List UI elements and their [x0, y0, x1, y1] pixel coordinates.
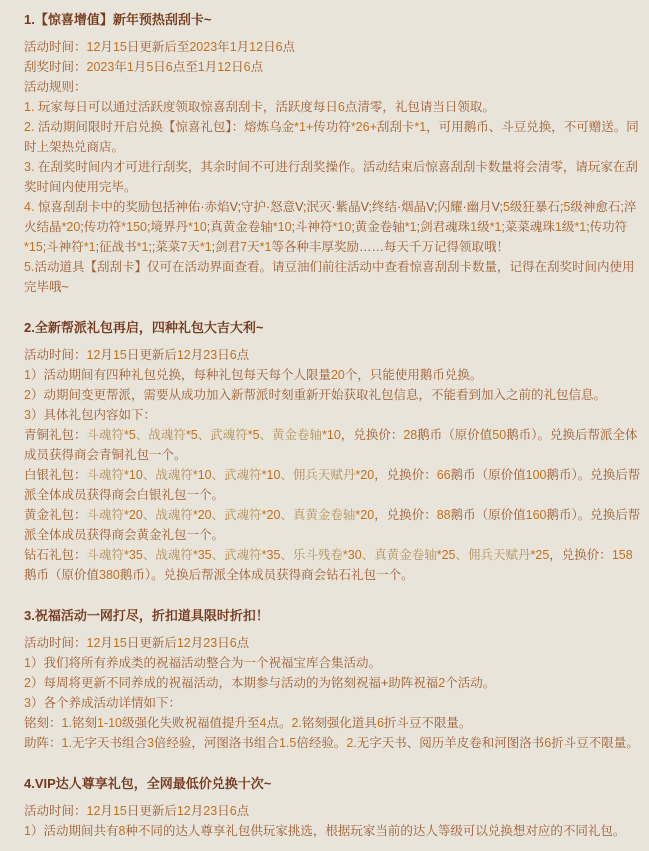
number-highlight: 6	[338, 100, 345, 114]
paragraph: 刮奖时间：2023年1月5日6点至1月12日6点	[24, 57, 643, 77]
number-highlight: *150	[121, 220, 147, 234]
body-text: 倍经验，河图洛书组合	[154, 736, 279, 750]
body-text: 活动规则：	[24, 80, 87, 94]
number-highlight: 12	[217, 60, 231, 74]
announcement-document: 1.【惊喜增值】新年预热刮刮卡~活动时间：12月15日更新后至2023年1月12…	[0, 0, 649, 851]
body-text: ;斗神符	[43, 240, 84, 254]
item-name-text: 、乐斗残卷	[280, 548, 343, 562]
body-text: ）活动期间共有	[31, 824, 119, 838]
body-text: 活动期间限时开启兑换【惊喜礼包】：熔炼乌金	[34, 120, 294, 134]
section-3: 3.祝福活动一网打尽，折扣道具限时折扣！活动时间：12月15日更新后12月23日…	[24, 606, 643, 753]
body-text: 传功符	[313, 120, 351, 134]
body-text: ，兑换价：	[341, 428, 404, 442]
item-name-text: 斗魂符	[87, 468, 125, 482]
number-highlight: 15	[113, 348, 127, 362]
body-text: 点	[237, 636, 250, 650]
number-highlight: 12	[87, 636, 101, 650]
number-highlight: *35	[124, 548, 143, 562]
body-text: 级强化失败祝福值提升至	[122, 716, 260, 730]
body-text: 等各种丰厚奖励……每天千万记得领取哦！	[271, 240, 509, 254]
body-text: ;剑君	[212, 240, 240, 254]
paragraph: 5.活动道具【刮刮卡】仅可在活动界面查看。请豆油们前往活动中查看惊喜刮刮卡数量，…	[24, 257, 643, 297]
body-text: 日更新后	[127, 348, 177, 362]
paragraph: 黄金礼包：斗魂符*20、战魂符*20、武魂符*20、真黄金卷轴*20，兑换价：8…	[24, 505, 643, 545]
paragraph: 活动时间：12月15日更新后至2023年1月12日6点	[24, 37, 643, 57]
body-text: ;剑君魂珠	[417, 220, 470, 234]
item-name-text: 、真黄金卷轴	[362, 548, 437, 562]
paragraph: 1）活动期间共有8种不同的达人尊享礼包供玩家挑选，根据玩家当前的达人等级可以兑换…	[24, 821, 643, 841]
number-highlight: 2.	[291, 716, 301, 730]
paragraph: 2. 活动期间限时开启兑换【惊喜礼包】：熔炼乌金*1+传功符*26+刮刮卡*1，…	[24, 117, 643, 157]
number-highlight: 6	[166, 60, 173, 74]
body-text: 日更新后	[127, 636, 177, 650]
number-highlight: *10	[193, 468, 212, 482]
body-text: 活动时间：	[24, 40, 87, 54]
body-text: 铭刻：	[24, 716, 62, 730]
body-text: 点。	[266, 716, 291, 730]
item-name-text: 、佣兵天赋丹	[456, 548, 531, 562]
body-text: 助阵：	[24, 736, 62, 750]
number-highlight: *1	[200, 240, 212, 254]
body-text: 折斗豆不限量。	[551, 736, 639, 750]
paragraph: 活动时间：12月15日更新后12月23日6点	[24, 801, 643, 821]
body-text: ;;菜菜	[148, 240, 180, 254]
body-text: 点	[237, 804, 250, 818]
item-name-text: 斗魂符	[87, 508, 125, 522]
number-highlight: *35	[262, 548, 281, 562]
number-highlight: 23	[203, 348, 217, 362]
body-text: ）我们将所有养成类的祝福活动整合为一个祝福宝库合集活动。	[31, 656, 381, 670]
number-highlight: 6	[276, 40, 283, 54]
body-text: 月	[100, 348, 113, 362]
body-text: 玩家每日可以通过活跃度领取惊喜刮刮卡，活跃度每日	[34, 100, 337, 114]
body-text: 日	[231, 60, 244, 74]
section-2: 2.全新帮派礼包再启，四种礼包大吉大利~活动时间：12月15日更新后12月23日…	[24, 318, 643, 585]
number-highlight: 1	[198, 60, 205, 74]
number-highlight: *1	[137, 240, 149, 254]
body-text: 无字天书组合	[72, 736, 147, 750]
body-text: 刮刮卡	[377, 120, 415, 134]
body-text: 日	[217, 636, 230, 650]
item-name-text: 、战魂符	[136, 428, 186, 442]
body-text: 个活动。	[445, 676, 495, 690]
item-name-text: 、佣兵天赋丹	[280, 468, 355, 482]
section-1: 1.【惊喜增值】新年预热刮刮卡~活动时间：12月15日更新后至2023年1月12…	[24, 10, 643, 297]
number-highlight: 2.	[346, 736, 356, 750]
number-highlight: 28	[403, 428, 417, 442]
paragraph: 助阵：1.无字天书组合3倍经验，河图洛书组合1.5倍经验。2.无字天书、阅历羊皮…	[24, 733, 643, 753]
number-highlight: 1.5	[279, 736, 296, 750]
number-highlight: 23	[203, 804, 217, 818]
body-text: 年	[217, 40, 230, 54]
paragraph: 2）每周将更新不同养成的祝福活动，本期参与活动的为铭刻祝福+助阵祝福2个活动。	[24, 673, 643, 693]
body-text: ）活动期间有四种礼包兑换，每种礼包每天每个人限量	[31, 368, 331, 382]
item-name-text: 、武魂符	[212, 548, 262, 562]
number-highlight: 2.	[24, 120, 34, 134]
body-text: 天	[247, 240, 260, 254]
section-title: 3.祝福活动一网打尽，折扣道具限时折扣！	[24, 606, 643, 626]
body-text: 黄金礼包：	[24, 508, 87, 522]
body-text: 鹅币）。兑换后帮派全体成员获得商会钻石礼包一个。	[120, 568, 414, 582]
number-highlight: 6	[230, 348, 237, 362]
number-highlight: 12	[87, 348, 101, 362]
paragraph: 1. 玩家每日可以通过活跃度领取惊喜刮刮卡，活跃度每日6点清零，礼包请当日领取。	[24, 97, 643, 117]
body-text: ;菜菜魂珠	[501, 220, 554, 234]
body-text: ，兑换价：	[549, 548, 612, 562]
number-highlight: 15	[113, 804, 127, 818]
item-name-text: 、战魂符	[143, 508, 193, 522]
paragraph: 3）具体礼包内容如下：	[24, 405, 643, 425]
number-highlight: *20	[193, 508, 212, 522]
body-text: 钻石礼包：	[24, 548, 87, 562]
section-title: 1.【惊喜增值】新年预热刮刮卡~	[24, 10, 643, 30]
number-highlight: *20	[62, 220, 81, 234]
number-highlight: 3	[147, 736, 154, 750]
number-highlight: 1	[24, 656, 31, 670]
number-highlight: *1	[414, 120, 426, 134]
section-4: 4.VIP达人尊享礼包，全网最低价兑换十次~活动时间：12月15日更新后12月2…	[24, 774, 643, 841]
body-text: 鹅币（原价值	[451, 468, 526, 482]
body-text: 天	[187, 240, 200, 254]
body-text: 点	[283, 40, 296, 54]
item-name-text: 、黄金卷轴	[260, 428, 323, 442]
number-highlight: *10	[333, 220, 352, 234]
number-highlight: 15	[113, 636, 127, 650]
paragraph: 3. 在刮奖时间内才可进行刮奖，其余时间不可进行刮奖操作。活动结束后惊喜刮刮卡数…	[24, 157, 643, 197]
number-highlight: 3	[24, 696, 31, 710]
number-highlight: 5.	[24, 260, 34, 274]
number-highlight: 15	[113, 40, 127, 54]
body-text: 级	[562, 220, 575, 234]
number-highlight: 158	[612, 548, 633, 562]
body-text: 月	[237, 40, 250, 54]
number-highlight: 1-10	[97, 716, 122, 730]
number-highlight: *1+	[294, 120, 313, 134]
number-highlight: 12	[249, 40, 263, 54]
body-text: 级	[477, 220, 490, 234]
item-name-text: 斗魂符	[87, 548, 125, 562]
body-text: ;真黄金卷轴	[207, 220, 273, 234]
number-highlight: 2	[24, 676, 31, 690]
number-highlight: *20	[124, 508, 143, 522]
body-text: 活动时间：	[24, 348, 87, 362]
number-highlight: 1	[24, 368, 31, 382]
body-text: 日更新后	[127, 804, 177, 818]
body-text: ）具体礼包内容如下：	[31, 408, 156, 422]
paragraph: 3）各个养成活动详情如下：	[24, 693, 643, 713]
item-name-text: 、武魂符	[212, 468, 262, 482]
body-text: ;传功符	[80, 220, 121, 234]
body-text: 日	[217, 348, 230, 362]
number-highlight: 1	[24, 824, 31, 838]
number-highlight: 12	[87, 40, 101, 54]
number-highlight: *26+	[351, 120, 377, 134]
body-text: 种不同的达人尊享礼包供玩家挑选，根据玩家当前的达人等级可以兑换想对应的不同礼包。	[125, 824, 625, 838]
number-highlight: *20	[355, 508, 374, 522]
number-highlight: 2023	[189, 40, 217, 54]
number-highlight: 12	[177, 348, 191, 362]
number-highlight: 1	[230, 40, 237, 54]
body-text: ;传功符	[586, 220, 627, 234]
body-text: 白银礼包：	[24, 468, 87, 482]
number-highlight: *10	[262, 468, 281, 482]
body-text: 日	[217, 804, 230, 818]
number-highlight: *1	[84, 240, 96, 254]
number-highlight: *5	[124, 428, 136, 442]
body-text: 月	[205, 60, 218, 74]
body-text: 活动时间：	[24, 804, 87, 818]
body-text: 日	[263, 40, 276, 54]
paragraph: 2）动期间变更帮派，需要从成功加入新帮派时刻重新开始获取礼包信息，不能看到加入之…	[24, 385, 643, 405]
number-highlight: 4.	[24, 200, 34, 214]
body-text: 级狂暴石;	[510, 200, 563, 214]
number-highlight: *25	[531, 548, 550, 562]
body-text: ;斗神符	[292, 220, 333, 234]
number-highlight: *1	[405, 220, 417, 234]
number-highlight: 5	[503, 200, 510, 214]
body-text: 倍经验。	[296, 736, 346, 750]
number-highlight: 6	[244, 60, 251, 74]
section-title: 4.VIP达人尊享礼包，全网最低价兑换十次~	[24, 774, 643, 794]
number-highlight: 6	[377, 716, 384, 730]
number-highlight: *20	[262, 508, 281, 522]
section-title: 2.全新帮派礼包再启，四种礼包大吉大利~	[24, 318, 643, 338]
body-text: ）每周将更新不同养成的祝福活动，本期参与活动的为铭刻祝福+助阵祝福	[31, 676, 438, 690]
number-highlight: 100	[526, 468, 547, 482]
body-text: 月	[191, 348, 204, 362]
body-text: 日	[153, 60, 166, 74]
number-highlight: *10	[273, 220, 292, 234]
body-text: 活动时间：	[24, 636, 87, 650]
number-highlight: *10	[322, 428, 341, 442]
body-text: ;黄金卷轴	[351, 220, 404, 234]
body-text: 铭刻强化道具	[302, 716, 377, 730]
body-text: 月	[100, 40, 113, 54]
item-name-text: 、战魂符	[143, 468, 193, 482]
body-text: ;征战书	[96, 240, 137, 254]
number-highlight: 2023	[87, 60, 115, 74]
number-highlight: *1	[490, 220, 502, 234]
paragraph: 活动时间：12月15日更新后12月23日6点	[24, 633, 643, 653]
number-highlight: *5	[248, 428, 260, 442]
body-text: 活动道具【刮刮卡】仅可在活动界面查看。请豆油们前往活动中查看惊喜刮刮卡数量，记得…	[24, 260, 634, 294]
body-text: 铭刻	[72, 716, 97, 730]
number-highlight: *1	[574, 220, 586, 234]
number-highlight: 50	[492, 428, 506, 442]
number-highlight: *1	[260, 240, 272, 254]
item-name-text: 、战魂符	[143, 548, 193, 562]
body-text: 月	[100, 636, 113, 650]
number-highlight: 160	[526, 508, 547, 522]
number-highlight: *35	[193, 548, 212, 562]
body-text: 鹅币（原价值	[24, 568, 99, 582]
number-highlight: 12	[87, 804, 101, 818]
body-text: ;境界丹	[147, 220, 188, 234]
item-name-text: 、武魂符	[212, 508, 262, 522]
number-highlight: *25	[437, 548, 456, 562]
body-text: 青铜礼包：	[24, 428, 87, 442]
paragraph: 活动规则：	[24, 77, 643, 97]
number-highlight: 3	[24, 408, 31, 422]
number-highlight: 12	[177, 636, 191, 650]
paragraph: 活动时间：12月15日更新后12月23日6点	[24, 345, 643, 365]
number-highlight: 6	[230, 804, 237, 818]
number-highlight: 1.	[24, 100, 34, 114]
number-highlight: *10	[124, 468, 143, 482]
body-text: ，兑换价：	[374, 468, 437, 482]
body-text: 折斗豆不限量。	[384, 716, 472, 730]
number-highlight: *30	[343, 548, 362, 562]
paragraph: 1）活动期间有四种礼包兑换，每种礼包每天每个人限量20个，只能使用鹅币兑换。	[24, 365, 643, 385]
number-highlight: 380	[99, 568, 120, 582]
number-highlight: *20	[355, 468, 374, 482]
number-highlight: 6	[230, 636, 237, 650]
body-text: 在刮奖时间内才可进行刮奖，其余时间不可进行刮奖操作。活动结束后惊喜刮刮卡数量将会…	[24, 160, 638, 194]
number-highlight: *15	[24, 240, 43, 254]
body-text: ，兑换价：	[374, 508, 437, 522]
body-text: 点至	[173, 60, 198, 74]
body-text: 惊喜刮刮卡中的奖励包括神佑·赤焰V;守护·怒意V;泯灭·紫晶V;终结·烟晶V;闪…	[34, 200, 503, 214]
body-text: 月	[191, 636, 204, 650]
body-text: 刮奖时间：	[24, 60, 87, 74]
number-highlight: 1	[127, 60, 134, 74]
paragraph: 4. 惊喜刮刮卡中的奖励包括神佑·赤焰V;守护·怒意V;泯灭·紫晶V;终结·烟晶…	[24, 197, 643, 257]
number-highlight: 20	[331, 368, 345, 382]
number-highlight: 1.	[62, 736, 72, 750]
number-highlight: 2	[24, 388, 31, 402]
number-highlight: 1	[555, 220, 562, 234]
number-highlight: 88	[437, 508, 451, 522]
body-text: 鹅币（原价值	[451, 508, 526, 522]
paragraph: 1）我们将所有养成类的祝福活动整合为一个祝福宝库合集活动。	[24, 653, 643, 673]
paragraph: 铭刻：1.铭刻1-10级强化失败祝福值提升至4点。2.铭刻强化道具6折斗豆不限量…	[24, 713, 643, 733]
body-text: 月	[100, 804, 113, 818]
body-text: 个，只能使用鹅币兑换。	[345, 368, 483, 382]
paragraph: 钻石礼包：斗魂符*35、战魂符*35、武魂符*35、乐斗残卷*30、真黄金卷轴*…	[24, 545, 643, 585]
number-highlight: *5	[186, 428, 198, 442]
body-text: 无字天书、阅历羊皮卷和河图洛书	[357, 736, 545, 750]
item-name-text: 斗魂符	[87, 428, 125, 442]
item-name-text: 、武魂符	[198, 428, 248, 442]
body-text: 点	[237, 348, 250, 362]
body-text: 点	[251, 60, 264, 74]
number-highlight: *10	[188, 220, 207, 234]
body-text: 年	[114, 60, 127, 74]
number-highlight: 3.	[24, 160, 34, 174]
body-text: 日更新后至	[127, 40, 190, 54]
body-text: 月	[191, 804, 204, 818]
number-highlight: 23	[203, 636, 217, 650]
paragraph: 青铜礼包：斗魂符*5、战魂符*5、武魂符*5、黄金卷轴*10，兑换价：28鹅币（…	[24, 425, 643, 465]
number-highlight: 12	[177, 804, 191, 818]
body-text: 月	[134, 60, 147, 74]
body-text: 鹅币（原价值	[417, 428, 492, 442]
body-text: 点清零，礼包请当日领取。	[345, 100, 495, 114]
body-text: ）动期间变更帮派，需要从成功加入新帮派时刻重新开始获取礼包信息，不能看到加入之前…	[31, 388, 606, 402]
number-highlight: 1.	[62, 716, 72, 730]
paragraph: 白银礼包：斗魂符*10、战魂符*10、武魂符*10、佣兵天赋丹*20，兑换价：6…	[24, 465, 643, 505]
body-text: ）各个养成活动详情如下：	[31, 696, 181, 710]
item-name-text: 、真黄金卷轴	[280, 508, 355, 522]
number-highlight: 66	[437, 468, 451, 482]
